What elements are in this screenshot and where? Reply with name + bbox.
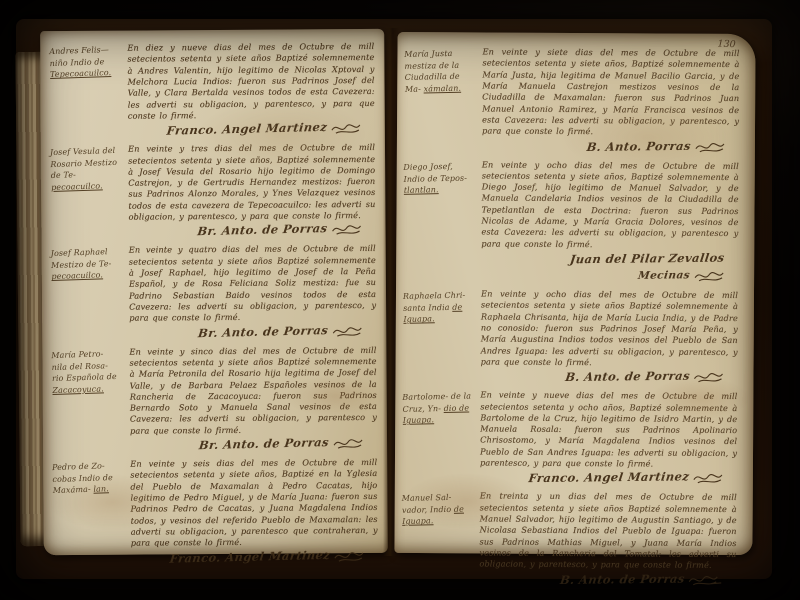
margin-note-name: Diego Josef, Indio de Tepos- [403,161,467,183]
margin-note-name: Andres Felis— niño Indio de [49,45,109,68]
margin-note: Bartolome- de la Cruz, Yn- dio de Iguapa… [402,389,474,487]
signature-rubric [688,572,722,586]
baptism-entry: Pedro de Zo- cobas Indio de Maxáma- lan.… [53,457,378,567]
margin-note-name: Manuel Sal- vador, Indio [402,493,452,515]
left-page: Andres Felis— niño Indio de Tepecoacuilc… [40,29,388,555]
entry-text: En veinte y seis dias del mes de Octubre… [130,457,378,549]
signature-rubric [693,370,723,384]
entry-text: En veinte y sinco dias del mes de Octubr… [129,344,377,436]
margin-note: Diego Josef, Indio de Tepos- tlantlan. [403,158,475,284]
signature-rubric [333,436,363,450]
margin-note: Pedro de Zo- cobas Indio de Maxáma- lan. [52,458,126,568]
signature-rubric [695,139,725,153]
signature: B. Anto. de Porras [559,571,686,586]
baptism-entry: Andres Felis— niño Indio de Tepecoacuilc… [50,41,375,139]
signature: Br. Anto. de Porras [198,435,330,452]
baptism-entry: Bartolome- de la Cruz, Yn- dio de Iguapa… [403,389,738,487]
margin-note-name: Josef Raphael Mestizo de Te- [51,248,112,270]
signature-rubric [332,222,362,236]
entry-text: En veinte y nueve dias del mes de Octubr… [480,390,737,471]
baptism-entry: Diego Josef, Indio de Tepos- tlantlan. E… [404,158,739,285]
signature: Br. Anto. de Porras [197,323,329,340]
signature: Franco. Angel Martinez [528,470,690,486]
margin-note: María Justa mestiza de la Ciudadilla de … [404,45,476,154]
signature-rubric [693,471,723,485]
margin-note-place: Zacacoyuca. [52,384,104,395]
margin-note: Raphaela Chri- santa India de Iguapa. [403,287,475,385]
signature: B. Anto. Porras [586,138,692,153]
margin-note: Manuel Sal- vador, Indio de Iguapa. [402,490,474,588]
baptism-entry: María Justa mestiza de la Ciudadilla de … [405,46,740,156]
entry-text: En veinte y siete dias del mes de Octubr… [482,46,740,138]
signature: Br. Anto. de Porras [197,221,329,238]
signature-rubric [331,121,361,135]
margin-note-place: tlantlan. [404,185,439,195]
margin-note-name: María Petro- nila del Rosa- rio Española… [51,349,117,383]
signature: Franco. Angel Martinez [166,120,328,138]
margin-note-place: xámalan. [423,84,461,94]
margin-note-place: lan. [93,484,109,494]
margin-note: María Petro- nila del Rosa- rio Española… [51,345,125,455]
signature-rubric [334,549,364,563]
signature: Juan del Pilar Zevallos [569,251,725,267]
baptism-entry: Manuel Sal- vador, Indio de Iguapa. En t… [402,490,737,588]
margin-note: Andres Felis— niño Indio de Tepecoacuilc… [49,42,122,140]
baptism-entry: Josef Vesula del Rosario Mestizo de Te- … [51,142,376,240]
page-number: 130 [717,39,736,51]
margin-note-name: Josef Vesula del Rosario Mestizo de Te- [50,146,117,180]
manuscript-photo: Andres Felis— niño Indio de Tepecoacuilc… [0,0,800,600]
margin-note-place: pecoacuilco. [51,271,103,282]
signature-rubric [332,324,362,338]
baptism-entry: Raphaela Chri- santa India de Iguapa. En… [403,288,738,386]
entry-text: En diez y nueve dias del mes de Octubre … [127,41,375,122]
signature-second-line: Mecinas [637,269,691,282]
signature: Franco. Angel Martinez [169,547,331,565]
signature-rubric [694,269,724,283]
entry-text: En veinte y ocho dias del mes de Octubre… [481,288,738,369]
margin-note-place: Tepecoacuilco. [50,68,111,79]
entry-text: En veinte y quatro dias del mes de Octub… [129,243,377,324]
entry-text: En veinte y tres dias del mes de Octubre… [128,142,376,223]
entry-text: En veinte y ocho dias del mes de Octubre… [481,159,739,251]
baptism-entry: María Petro- nila del Rosa- rio Española… [52,344,377,454]
margin-note: Josef Vesula del Rosario Mestizo de Te- … [50,143,123,241]
signature: B. Anto. de Porras [564,369,691,384]
margin-note-place: pecoacuilco. [51,181,103,192]
baptism-entry: Josef Raphael Mestizo de Te- pecoacuilco… [52,243,377,341]
entry-text: En treinta y un dias del mes de Octubre … [479,491,736,572]
margin-note: Josef Raphael Mestizo de Te- pecoacuilco… [50,244,123,342]
right-page: 130 María Justa mestiza de la Ciudadilla… [394,32,755,555]
